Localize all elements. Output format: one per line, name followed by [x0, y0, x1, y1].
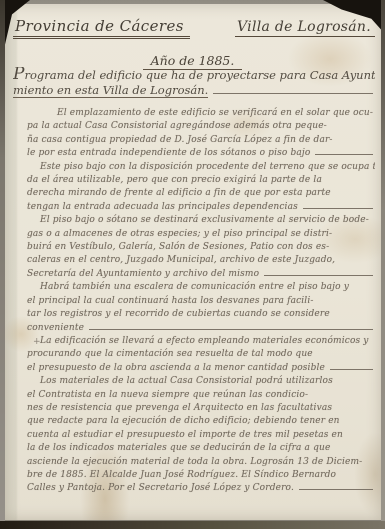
- program-title-line-2: miento en esta Villa de Logrosán.: [13, 83, 375, 99]
- manuscript-line-text: tengan la entrada adecuada las principal…: [27, 201, 298, 214]
- manuscript-line: buirá en Vestíbulo, Galería, Salón de Se…: [27, 241, 375, 254]
- scanned-manuscript-page: Provincia de Cáceres Villa de Logrosán. …: [0, 0, 385, 529]
- manuscript-line: Este piso bajo con la disposición proced…: [27, 161, 375, 174]
- province-heading: Provincia de Cáceres: [13, 17, 190, 39]
- manuscript-line: La edificación se llevará a efecto emple…: [27, 335, 375, 348]
- manuscript-line: El piso bajo o sótano se destinará exclu…: [27, 214, 375, 227]
- fill-rule: [303, 208, 373, 209]
- scan-edge-bottom: [0, 521, 385, 529]
- villa-heading: Villa de Logrosán.: [235, 19, 375, 37]
- manuscript-line: el presupuesto de la obra ascienda a la …: [27, 362, 375, 375]
- manuscript-line: conveniente: [27, 322, 375, 335]
- manuscript-line: El emplazamiento de este edificio se ver…: [27, 107, 375, 120]
- fill-rule: [264, 275, 373, 276]
- manuscript-line: tar los registros y el recorrido de cubi…: [27, 308, 375, 321]
- manuscript-line: el Contratista en la nueva siempre que r…: [27, 389, 375, 402]
- fill-rule: [330, 369, 373, 370]
- scan-edge-right: [381, 0, 385, 529]
- manuscript-line-text: conveniente: [27, 322, 84, 335]
- manuscript-line: ña casa contigua propiedad de D. José Ga…: [27, 134, 375, 147]
- manuscript-line: pa la actual Casa Consistorial agregándo…: [27, 120, 375, 133]
- manuscript-line: nes de resistencia que prevenga el Arqui…: [27, 402, 375, 415]
- manuscript-line: Calles y Pantoja. Por el Secretario José…: [27, 482, 375, 495]
- manuscript-line-text: el presupuesto de la obra ascienda a la …: [27, 362, 325, 375]
- manuscript-line: gas o a almacenes de otras especies; y e…: [27, 228, 375, 241]
- manuscript-line: Habrá también una escalera de comunicaci…: [27, 281, 375, 294]
- manuscript-body: El emplazamiento de este edificio se ver…: [27, 107, 375, 496]
- manuscript-line: Los materiales de la actual Casa Consist…: [27, 375, 375, 388]
- manuscript-line: caleras en el centro, Juzgado Municipal,…: [27, 254, 375, 267]
- program-title-line-1: Programa del edificio que ha de proyecta…: [13, 67, 375, 83]
- program-title-line-2-text: miento en esta Villa de Logrosán.: [13, 83, 208, 99]
- manuscript-line: bre de 1885. El Alcalde Juan José Rodríg…: [27, 469, 375, 482]
- manuscript-line-text: le por esta entrada independiente de los…: [27, 147, 310, 160]
- manuscript-line: tengan la entrada adecuada las principal…: [27, 201, 375, 214]
- fill-rule: [315, 154, 373, 155]
- fill-rule: [299, 489, 373, 490]
- scan-edge-left: [0, 0, 5, 529]
- manuscript-line-text: Secretaría del Ayuntamiento y archivo de…: [27, 268, 259, 281]
- fill-rule: [213, 93, 373, 94]
- manuscript-line: que redacte para la ejecución de dicho e…: [27, 415, 375, 428]
- manuscript-line: le por esta entrada independiente de los…: [27, 147, 375, 160]
- manuscript-line: derecha mirando de frente al edificio a …: [27, 187, 375, 200]
- program-title: Programa del edificio que ha de proyecta…: [13, 67, 375, 98]
- manuscript-line: asciende la ejecución material de toda l…: [27, 456, 375, 469]
- manuscript-line: el principal la cual continuará hasta lo…: [27, 295, 375, 308]
- manuscript-line: Secretaría del Ayuntamiento y archivo de…: [27, 268, 375, 281]
- manuscript-line-text: Calles y Pantoja. Por el Secretario José…: [27, 482, 294, 495]
- manuscript-line: cuenta al estudiar el presupuesto el imp…: [27, 429, 375, 442]
- fill-rule: [89, 329, 373, 330]
- manuscript-line: procurando que la cimentación sea resuel…: [27, 348, 375, 361]
- document-header: Provincia de Cáceres Villa de Logrosán.: [13, 17, 375, 39]
- manuscript-line: da el área utilizable, pero que con prec…: [27, 174, 375, 187]
- manuscript-line: la de los indicados materiales que se de…: [27, 442, 375, 455]
